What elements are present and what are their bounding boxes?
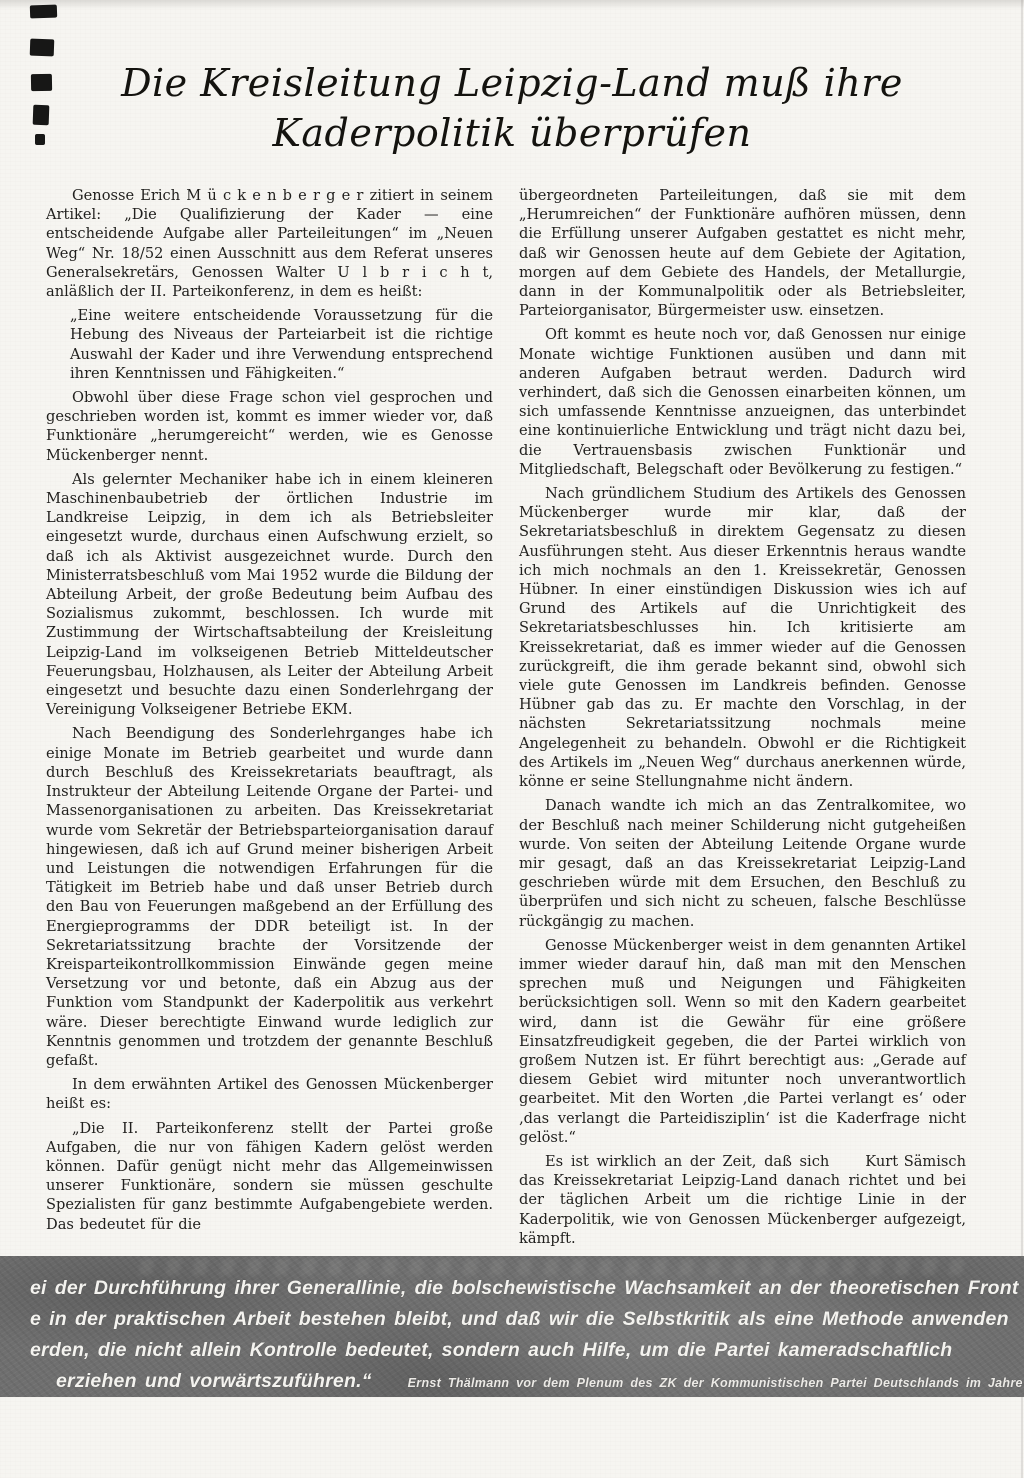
banner-line: ei der Durchführung ihrer Generallinie, … <box>0 1273 1024 1304</box>
scan-mark <box>35 134 45 145</box>
thaelmann-quote-banner: ei der Durchführung ihrer Generallinie, … <box>0 1256 1024 1397</box>
banner-attribution: Ernst Thälmann vor dem Plenum des ZK der… <box>408 1376 1024 1390</box>
article-body: Genosse Erich M ü c k e n b e r g e r zi… <box>46 186 966 1248</box>
scan-mark <box>31 74 52 91</box>
left-column: Genosse Erich M ü c k e n b e r g e r zi… <box>46 186 493 1248</box>
paragraph: Nach Beendigung des Sonderlehrganges hab… <box>46 724 493 1070</box>
banner-line: erden, die nicht allein Kontrolle bedeut… <box>0 1335 1024 1366</box>
title-line-2: Kaderpolitik überprüfen <box>60 108 964 158</box>
paragraph-intro: Genosse Erich M ü c k e n b e r g e r zi… <box>46 186 493 301</box>
banner-line: e in der praktischen Arbeit bestehen ble… <box>0 1304 1024 1335</box>
title-line-1: Die Kreisleitung Leipzig-Land muß ihre <box>60 58 964 108</box>
paragraph: Obwohl über diese Frage schon viel gespr… <box>46 388 493 465</box>
banner-line-end: erziehen und vorwärtszuführen.“ <box>56 1370 372 1392</box>
scan-mark <box>33 105 50 126</box>
scan-mark <box>30 39 55 57</box>
paragraph-continuation: übergeordneten Parteileitungen, daß sie … <box>519 186 966 320</box>
right-column: übergeordneten Parteileitungen, daß sie … <box>519 186 966 1248</box>
paragraph: Oft kommt es heute noch vor, daß Genosse… <box>519 325 966 479</box>
paragraph-closing: Kurt SämischEs ist wirklich an der Zeit,… <box>519 1152 966 1248</box>
paragraph: Genosse Mückenberger weist in dem genann… <box>519 936 966 1147</box>
paragraph-mueckenberger-quote: „Die II. Parteikonferenz stellt der Part… <box>46 1119 493 1234</box>
paragraph: Als gelernter Mechaniker habe ich in ein… <box>46 470 493 720</box>
scanned-newspaper-page: Die Kreisleitung Leipzig-Land muß ihre K… <box>0 0 1024 1478</box>
article-title: Die Kreisleitung Leipzig-Land muß ihre K… <box>60 58 964 158</box>
paragraph-ulbricht-quote: „Eine weitere entscheidende Voraussetzun… <box>70 306 493 383</box>
author-byline: Kurt Sämisch <box>829 1152 966 1171</box>
banner-line: erziehen und vorwärtszuführen.“Ernst Thä… <box>0 1366 1024 1399</box>
scan-mark <box>30 5 57 19</box>
bleedthrough-ghost-text <box>139 1259 966 1275</box>
paragraph: Danach wandte ich mich an das Zentralkom… <box>519 796 966 930</box>
scan-top-shadow <box>0 0 1024 9</box>
paragraph: Nach gründlichem Studium des Artikels de… <box>519 484 966 791</box>
paragraph: In dem erwähnten Artikel des Genossen Mü… <box>46 1075 493 1113</box>
